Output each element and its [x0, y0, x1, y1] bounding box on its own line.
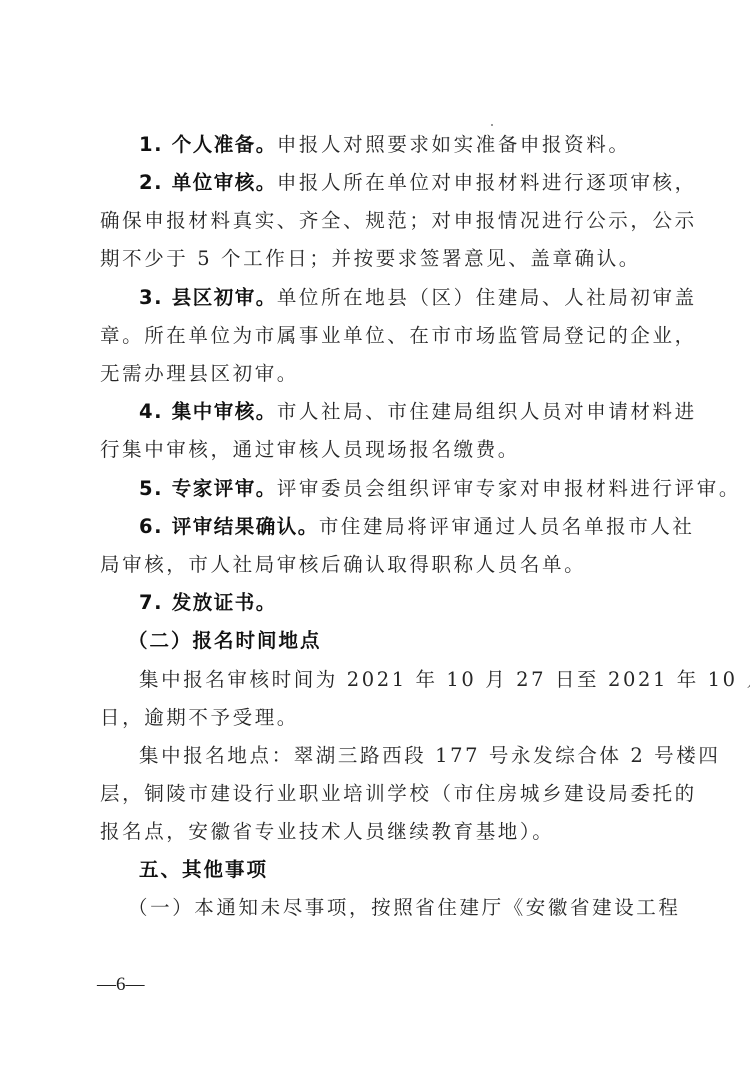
item-4-text-line-1: 市人社局、市住建局组织人员对申请材料进 — [277, 400, 697, 423]
item-3-title: 县区初审。 — [172, 286, 277, 309]
item-2-title: 单位审核。 — [172, 171, 277, 194]
item-5-text: 评审委员会组织评审专家对申报材料进行评审。 — [277, 477, 741, 500]
item-2-text-line-1: 申报人所在单位对申报材料进行逐项审核， — [277, 171, 697, 194]
item-2: 2. 单位审核。申报人所在单位对申报材料进行逐项审核， — [139, 168, 666, 198]
item-6: 6. 评审结果确认。市住建局将评审通过人员名单报市人社 — [139, 512, 666, 542]
item-6-text-line-2: 局审核，市人社局审核后确认取得职称人员名单。 — [100, 550, 666, 580]
item-1-title: 个人准备。 — [172, 133, 277, 156]
item-1: 1. 个人准备。申报人对照要求如实准备申报资料。 — [139, 130, 666, 160]
registration-time-line-2: 日，逾期不予受理。 — [100, 703, 666, 733]
registration-time-line-1: 集中报名审核时间为 2021 年 10 月 27 日至 2021 年 10 月 … — [139, 665, 666, 695]
item-5: 5. 专家评审。评审委员会组织评审专家对申报材料进行评审。 — [139, 474, 666, 504]
item-3: 3. 县区初审。单位所在地县（区）住建局、人社局初审盖 — [139, 283, 666, 313]
section-5-item-1-line-1: （一）本通知未尽事项，按照省住建厅《安徽省建设工程 — [128, 893, 666, 923]
section-5-heading: 五、其他事项 — [139, 855, 666, 885]
item-6-title: 评审结果确认。 — [172, 515, 319, 538]
scan-speck — [491, 124, 493, 126]
item-3-text-line-1: 单位所在地县（区）住建局、人社局初审盖 — [277, 286, 697, 309]
item-4-text-line-2: 行集中审核，通过审核人员现场报名缴费。 — [100, 435, 666, 465]
item-1-number: 1. — [139, 133, 163, 156]
item-5-number: 5. — [139, 477, 163, 500]
subsection-2-heading: （二）报名时间地点 — [128, 626, 655, 656]
registration-place-line-1: 集中报名地点：翠湖三路西段 177 号永发综合体 2 号楼四 — [139, 741, 666, 771]
item-2-number: 2. — [139, 171, 163, 194]
item-3-number: 3. — [139, 286, 163, 309]
item-1-text: 申报人对照要求如实准备申报资料。 — [277, 133, 631, 156]
item-3-text-line-2: 章。所在单位为市属事业单位、在市市场监管局登记的企业， — [100, 321, 666, 351]
registration-place-line-3: 报名点，安徽省专业技术人员继续教育基地）。 — [100, 817, 666, 847]
item-5-title: 专家评审。 — [172, 477, 277, 500]
item-7: 7. 发放证书。 — [139, 588, 666, 618]
registration-place-line-2: 层，铜陵市建设行业职业培训学校（市住房城乡建设局委托的 — [100, 779, 666, 809]
item-4: 4. 集中审核。市人社局、市住建局组织人员对申请材料进 — [139, 397, 666, 427]
item-3-text-line-3: 无需办理县区初审。 — [100, 359, 666, 389]
item-6-number: 6. — [139, 515, 163, 538]
item-2-text-line-3: 期不少于 5 个工作日；并按要求签署意见、盖章确认。 — [100, 244, 666, 274]
page-number: —6— — [97, 972, 145, 998]
item-4-title: 集中审核。 — [172, 400, 277, 423]
item-6-text-line-1: 市住建局将评审通过人员名单报市人社 — [319, 515, 695, 538]
item-7-number: 7. — [139, 591, 163, 614]
item-7-title: 发放证书。 — [172, 591, 277, 614]
item-4-number: 4. — [139, 400, 163, 423]
item-2-text-line-2: 确保申报材料真实、齐全、规范；对申报情况进行公示，公示 — [100, 206, 666, 236]
document-page: 1. 个人准备。申报人对照要求如实准备申报资料。 2. 单位审核。申报人所在单位… — [0, 0, 750, 1067]
